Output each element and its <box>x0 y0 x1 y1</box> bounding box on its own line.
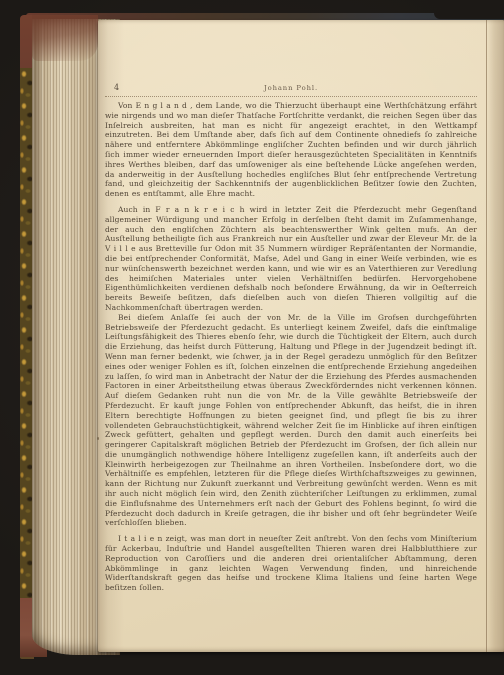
paragraph-frankreich: Auch in F r a n k r e i c h wird in letz… <box>105 205 477 313</box>
page-header: 4 Johann Pohl. <box>105 81 477 96</box>
body-text: Von E n g l a n d , dem Lande, wo die Th… <box>105 101 477 593</box>
background-corner-notch <box>434 12 504 19</box>
book: 4 Johann Pohl. Von E n g l a n d , dem L… <box>20 13 504 657</box>
header-rule <box>105 96 477 97</box>
paragraph-italien: I t a l i e n zeigt, was man dort in neu… <box>105 534 477 593</box>
book-cover-top-corner <box>32 15 98 61</box>
gutter-shadow <box>486 20 504 652</box>
page-text-block: 4 Johann Pohl. Von E n g l a n d , dem L… <box>105 81 477 593</box>
running-title: Johann Pohl. <box>105 84 477 92</box>
margin-speck <box>97 437 99 440</box>
paragraph-betriebsweise: Bei dieſem Anlaſſe ſei auch der von Mr. … <box>105 313 477 529</box>
photo-background: 4 Johann Pohl. Von E n g l a n d , dem L… <box>0 0 504 675</box>
paragraph-england: Von E n g l a n d , dem Lande, wo die Th… <box>105 101 477 199</box>
